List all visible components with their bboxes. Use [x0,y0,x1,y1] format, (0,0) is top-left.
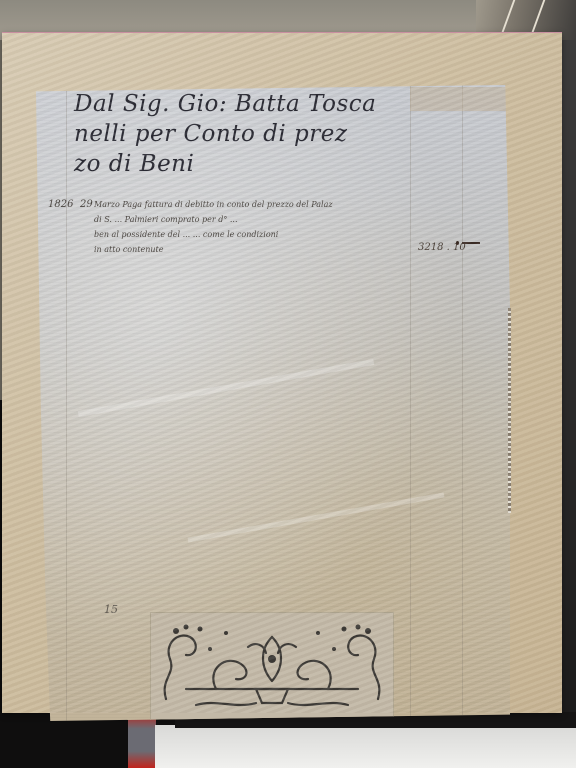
ruled-margin-line [410,85,411,721]
document-heading: Dal Sig. Gio: Batta Tosca nelli per Cont… [74,89,414,179]
heading-line: Dal Sig. Gio: Batta Tosca [74,89,414,119]
ink-stroke [462,242,480,244]
entry-line: di S. ... Palmieri comprato per d° ... [94,212,424,227]
entry-amount: 3218 . 10 [418,242,466,253]
ruled-margin-line [462,85,463,721]
margin-note: 15 [104,603,118,616]
entry-line: Marzo Paga fattura di debitto in conto d… [94,197,424,212]
ornament-icon [156,619,388,713]
paper-crease [78,359,374,417]
engraved-vignette [150,612,394,720]
stained-corner [410,87,506,111]
entry-line: in atto contenute [94,242,424,257]
ink-blot [456,241,459,245]
entry-line: ben al possidente del ... ... come le co… [94,227,424,242]
heading-line: nelli per Conto di prez [74,119,414,149]
paper-crease [188,492,445,542]
entry-day: 29 [80,197,93,212]
background-object-red [128,712,156,768]
ruled-margin-line [66,85,67,721]
mount-board: Dal Sig. Gio: Batta Tosca nelli per Cont… [2,32,562,713]
entry-text: Marzo Paga fattura di debitto in conto d… [94,197,424,257]
background-paper [155,725,576,768]
heading-line: zo di Beni [74,149,414,179]
torn-edge [508,308,511,513]
entry-year: 1826 [48,197,73,212]
document-sheet: Dal Sig. Gio: Batta Tosca nelli per Cont… [36,85,510,721]
background-shadow-right [562,40,576,720]
